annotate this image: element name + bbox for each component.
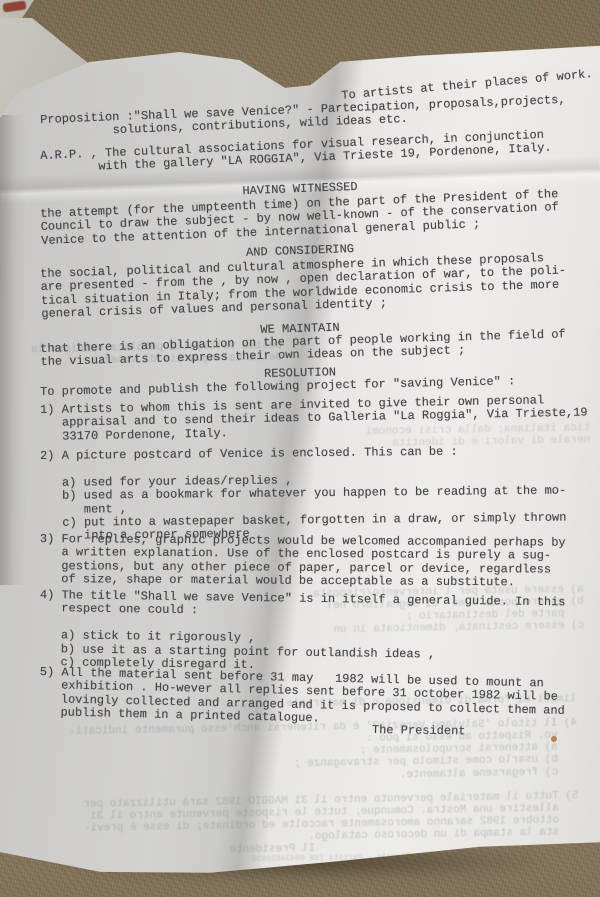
- letter-sheet: pesima volta)alla pubblica opinione lade…: [0, 0, 600, 897]
- list-item-4: 4) The title "Shall we save Venice" is i…: [39, 589, 592, 677]
- photo-of-typewritten-letter: pesima volta)alla pubblica opinione lade…: [0, 0, 600, 897]
- stain-dot: [551, 736, 557, 742]
- list-item-2: 2) A picture postcard of Venice is enclo…: [40, 444, 593, 544]
- list-item-3: 3) For replies, graphic projects would b…: [40, 533, 592, 590]
- signature-the-president: The President: [372, 724, 572, 740]
